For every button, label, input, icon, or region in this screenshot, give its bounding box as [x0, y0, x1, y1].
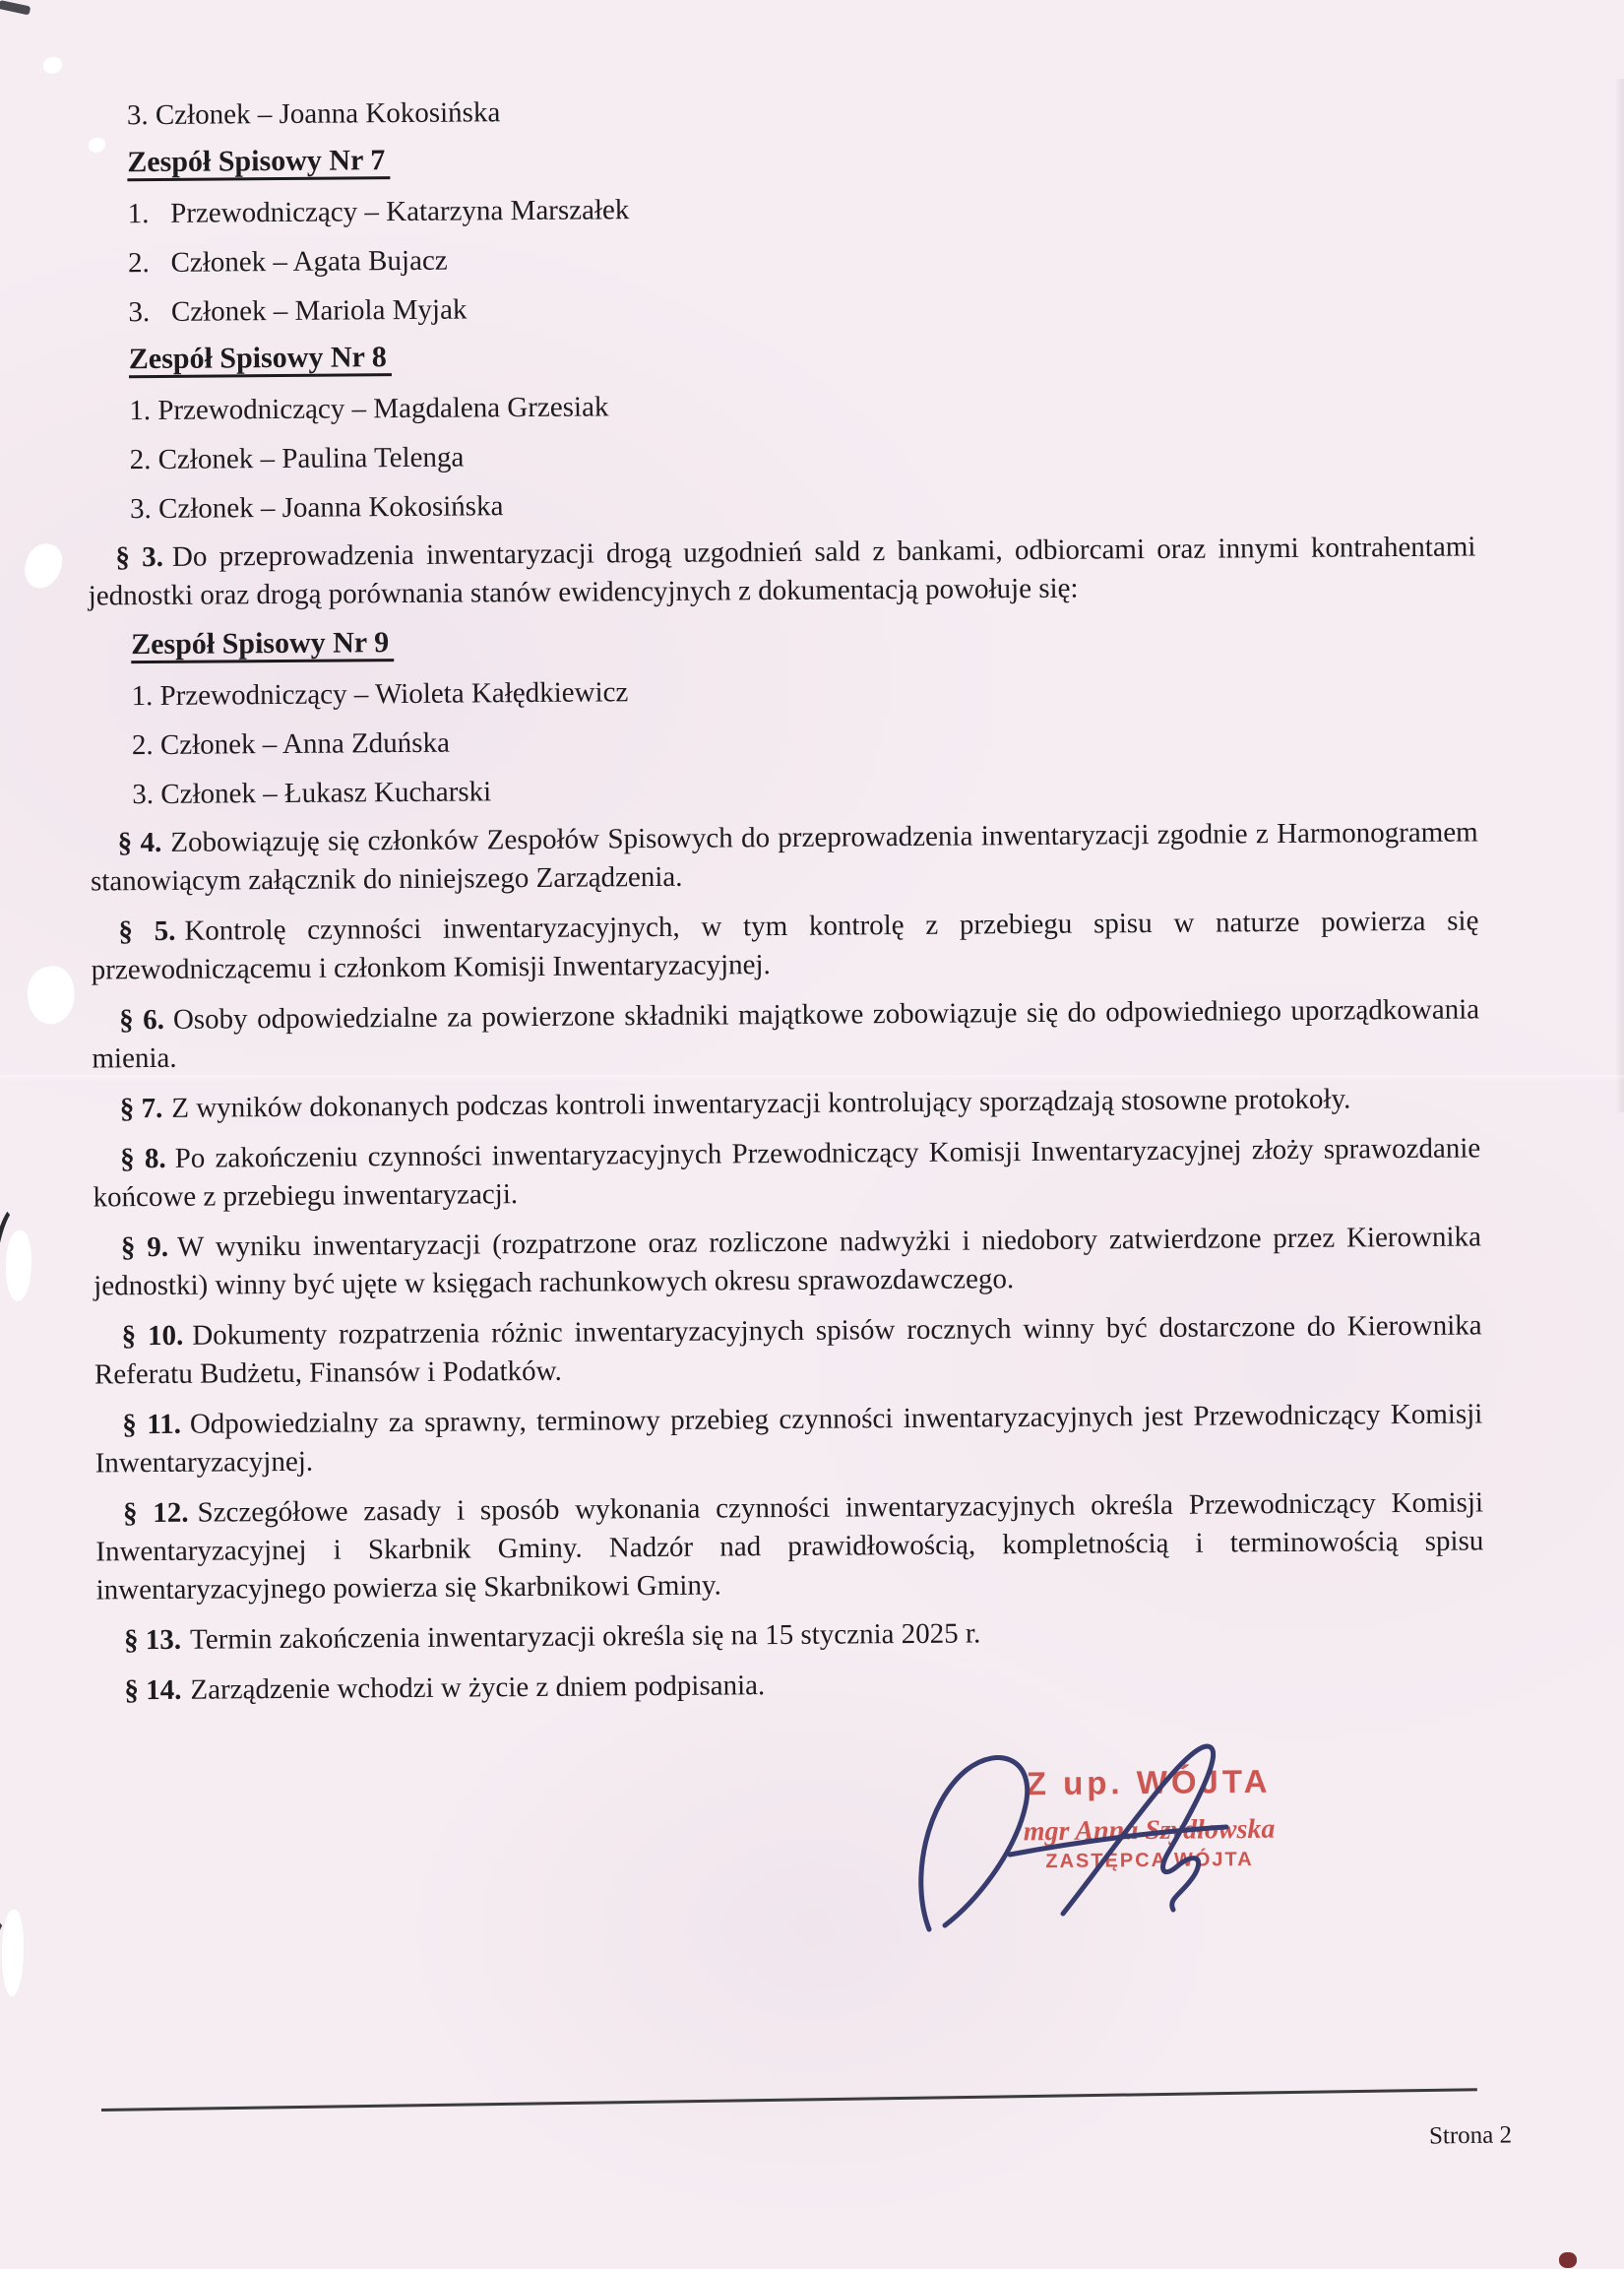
- scan-artifact-whiteout: [2, 1910, 24, 1996]
- paragraph-text: Termin zakończenia inwentaryzacji określ…: [190, 1617, 980, 1655]
- paragraph-text: W wyniku inwentaryzacji (rozpatrzone ora…: [94, 1221, 1481, 1301]
- paragraph-number: § 8.: [120, 1143, 166, 1174]
- document-content: 3. Członek – Joanna Kokosińska Zespół Sp…: [84, 0, 1485, 1722]
- list-item: 2. Członek – Anna Zduńska: [132, 715, 1477, 765]
- paragraph-number: § 6.: [119, 1004, 164, 1036]
- paragraph-4: § 4.Zobowiązuję się członków Zespołów Sp…: [91, 813, 1479, 901]
- paragraph-12: § 12.Szczegółowe zasady i sposób wykonan…: [95, 1483, 1484, 1609]
- paragraph-number: § 13.: [124, 1624, 181, 1656]
- paragraph-text: Odpowiedzialny za sprawny, terminowy prz…: [95, 1398, 1483, 1479]
- scan-artifact-speck: [1559, 2252, 1577, 2268]
- paragraph-number: § 14.: [124, 1674, 181, 1706]
- section-heading-text: Zespół Spisowy Nr 7: [127, 144, 390, 181]
- paragraph-3: § 3.Do przeprowadzenia inwentaryzacji dr…: [88, 528, 1476, 615]
- list-item: 1. Przewodniczący – Katarzyna Marszałek: [128, 183, 1473, 233]
- list-item: 3. Członek – Joanna Kokosińska: [127, 85, 1472, 135]
- list-item: 1. Przewodniczący – Wioleta Kałędkiewicz: [131, 665, 1476, 716]
- paragraph-9: § 9.W wyniku inwentaryzacji (rozpatrzone…: [94, 1218, 1482, 1305]
- paragraph-number: § 3.: [115, 541, 163, 573]
- paragraph-number: § 10.: [122, 1320, 184, 1352]
- paragraph-text: Osoby odpowiedzialne za powierzone skład…: [92, 993, 1479, 1074]
- paragraph-text: Zarządzenie wchodzi w życie z dniem podp…: [190, 1670, 765, 1706]
- scan-artifact-whiteout: [43, 57, 62, 74]
- scan-artifact-pen-mark: [0, 1201, 38, 1333]
- section-heading-team8: Zespół Spisowy Nr 8: [129, 331, 1474, 377]
- paragraph-number: § 12.: [123, 1497, 189, 1530]
- paragraph-number: § 11.: [122, 1409, 181, 1440]
- paragraph-number: § 4.: [118, 827, 162, 858]
- paragraph-text: Szczegółowe zasady i sposób wykonania cz…: [95, 1486, 1483, 1606]
- paragraph-8: § 8.Po zakończeniu czynności inwentaryza…: [93, 1129, 1481, 1217]
- list-item: 1. Przewodniczący – Magdalena Grzesiak: [129, 380, 1474, 430]
- paragraph-text: Po zakończeniu czynności inwentaryzacyjn…: [93, 1132, 1480, 1213]
- paragraph-number: § 7.: [120, 1093, 163, 1124]
- scan-artifact-whiteout: [23, 963, 79, 1027]
- list-item: 3. Członek – Joanna Kokosińska: [130, 478, 1475, 529]
- list-item: 3. Członek – Łukasz Kucharski: [132, 764, 1477, 814]
- section-heading-team7: Zespół Spisowy Nr 7: [127, 134, 1472, 180]
- scan-artifact-corner-mark: [0, 0, 31, 15]
- paragraph-7: § 7.Z wyników dokonanych podczas kontrol…: [93, 1079, 1480, 1128]
- paragraph-number: § 9.: [121, 1231, 168, 1263]
- paragraph-text: Zobowiązuję się członków Zespołów Spisow…: [91, 816, 1478, 897]
- paragraph-text: Do przeprowadzenia inwentaryzacji drogą …: [89, 531, 1476, 611]
- section-heading-team9: Zespół Spisowy Nr 9: [131, 616, 1476, 662]
- paragraph-14: § 14.Zarządzenie wchodzi w życie z dniem…: [96, 1661, 1484, 1710]
- handwritten-signature: [915, 1731, 1289, 1937]
- paragraph-11: § 11.Odpowiedzialny za sprawny, terminow…: [94, 1395, 1483, 1482]
- list-item: 3. Członek – Mariola Myjak: [128, 282, 1473, 332]
- list-item: 2. Członek – Paulina Telenga: [129, 429, 1474, 479]
- paragraph-5: § 5.Kontrolę czynności inwentaryzacyjnyc…: [91, 902, 1479, 989]
- scanned-document-page: 3. Członek – Joanna Kokosińska Zespół Sp…: [0, 0, 1624, 2269]
- paragraph-6: § 6.Osoby odpowiedzialne za powierzone s…: [92, 990, 1480, 1078]
- scan-artifact-pen-mark: [0, 1915, 27, 2022]
- paragraph-text: Dokumenty rozpatrzenia różnic inwentaryz…: [94, 1309, 1482, 1390]
- scan-artifact-edge-shadow: [1615, 79, 1624, 1112]
- scan-artifact-whiteout: [6, 1230, 31, 1301]
- page-number: Strona 2: [1429, 2121, 1512, 2150]
- paragraph-10: § 10.Dokumenty rozpatrzenia różnic inwen…: [94, 1306, 1482, 1394]
- scan-artifact-whiteout: [21, 539, 66, 592]
- list-item: 2. Członek – Agata Bujacz: [128, 232, 1473, 283]
- section-heading-text: Zespół Spisowy Nr 9: [131, 626, 394, 663]
- paragraph-text: Z wyników dokonanych podczas kontroli in…: [171, 1083, 1350, 1123]
- section-heading-text: Zespół Spisowy Nr 8: [129, 341, 392, 378]
- paragraph-13: § 13.Termin zakończenia inwentaryzacji o…: [96, 1610, 1484, 1660]
- paragraph-text: Kontrolę czynności inwentaryzacyjnych, w…: [92, 905, 1479, 985]
- paragraph-number: § 5.: [118, 915, 175, 947]
- footer-rule: [101, 2088, 1477, 2111]
